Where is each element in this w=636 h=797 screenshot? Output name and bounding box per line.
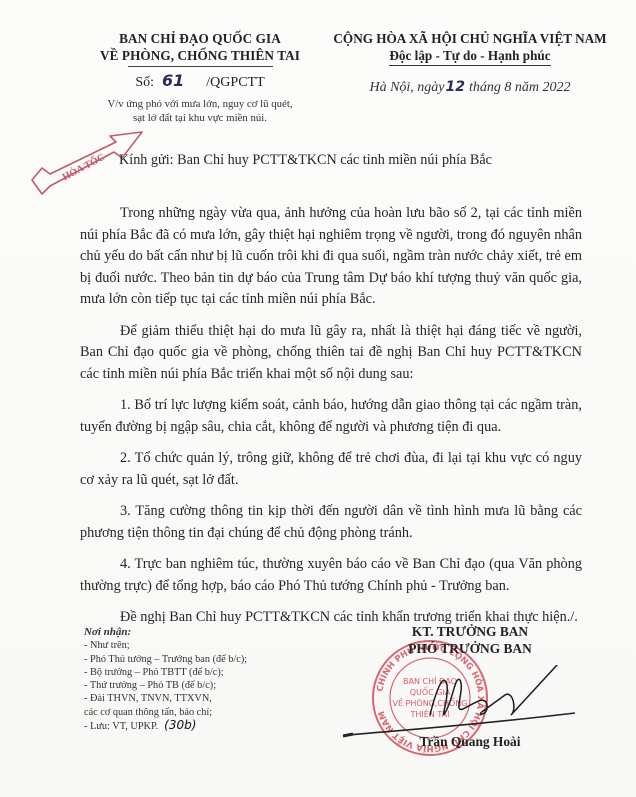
recipient-item: - Thứ trưởng – Phó TB (để b/c); [84, 679, 247, 692]
document-subject: V/v ứng phó với mưa lớn, nguy cơ lũ quét… [80, 97, 320, 125]
signer-authority-line1: KT. TRƯỞNG BAN [370, 623, 570, 640]
recipients-list: Nơi nhận: - Như trên; - Phó Thủ tướng – … [84, 626, 247, 733]
doc-number-handwritten: 61 [162, 71, 184, 90]
subject-line1: V/v ứng phó với mưa lớn, nguy cơ lũ quét… [80, 97, 320, 111]
issuing-agency-block: BAN CHỈ ĐẠO QUỐC GIA VỀ PHÒNG, CHỐNG THI… [80, 30, 320, 125]
national-header-block: CỘNG HÒA XÃ HỘI CHỦ NGHĨA VIỆT NAM Độc l… [320, 30, 620, 96]
recipient-item: - Như trên; [84, 639, 247, 652]
body-paragraph-request: Để giảm thiểu thiệt hại do mưa lũ gây ra… [80, 321, 582, 386]
body-paragraph-intro: Trong những ngày vừa qua, ảnh hưởng của … [80, 203, 582, 311]
date-prefix: Hà Nội, ngày [369, 80, 444, 95]
document-body: Trong những ngày vừa qua, ảnh hưởng của … [80, 203, 582, 639]
addressee-line: Kính gửi: Ban Chỉ huy PCTT&TKCN các tỉnh… [119, 152, 492, 169]
nation-title: CỘNG HÒA XÃ HỘI CHỦ NGHĨA VIỆT NAM [320, 30, 620, 47]
recipient-item: - Bộ trưởng – Phó TBTT (để b/c); [84, 666, 247, 679]
recipient-item: - Đài THVN, TNVN, TTXVN, [84, 692, 247, 705]
date-suffix: tháng 8 năm 2022 [469, 80, 571, 95]
body-item-1: 1. Bố trí lực lượng kiểm soát, cảnh báo,… [80, 395, 582, 438]
recipient-item: - Lưu: VT, UPKP.(30b) [84, 719, 247, 733]
agency-name-line1: BAN CHỈ ĐẠO QUỐC GIA [80, 30, 320, 47]
document-number: Số:61/QGPCTT [80, 71, 320, 93]
recipients-title: Nơi nhận: [84, 626, 247, 639]
issue-date: Hà Nội, ngày12tháng 8 năm 2022 [320, 79, 620, 96]
recipient-item: - Phó Thủ tướng – Trưởng ban (để b/c); [84, 653, 247, 666]
signer-authority-line2: PHÓ TRƯỞNG BAN [370, 640, 570, 657]
national-motto: Độc lập - Tự do - Hạnh phúc [389, 47, 550, 66]
agency-underline [128, 66, 273, 67]
recipient-item: các cơ quan thông tấn, báo chí; [84, 706, 247, 719]
handwritten-signature-icon [335, 665, 585, 755]
doc-number-label: Số: [135, 75, 154, 90]
body-item-2: 2. Tổ chức quản lý, trông giữ, không để … [80, 448, 582, 491]
doc-number-suffix: /QGPCTT [206, 75, 264, 90]
copies-handwritten-note: (30b) [164, 718, 196, 732]
agency-name-line2: VỀ PHÒNG, CHỐNG THIÊN TAI [80, 47, 320, 64]
body-item-3: 3. Tăng cường thông tin kịp thời đến ngư… [80, 501, 582, 544]
document-page: BAN CHỈ ĐẠO QUỐC GIA VỀ PHÒNG, CHỐNG THI… [0, 0, 636, 797]
date-day-handwritten: 12 [446, 79, 465, 95]
body-item-4: 4. Trực ban nghiêm túc, thường xuyên báo… [80, 554, 582, 597]
recipient-item-text: - Lưu: VT, UPKP. [84, 721, 158, 732]
subject-line2: sạt lở đất tại khu vực miền núi. [80, 111, 320, 125]
